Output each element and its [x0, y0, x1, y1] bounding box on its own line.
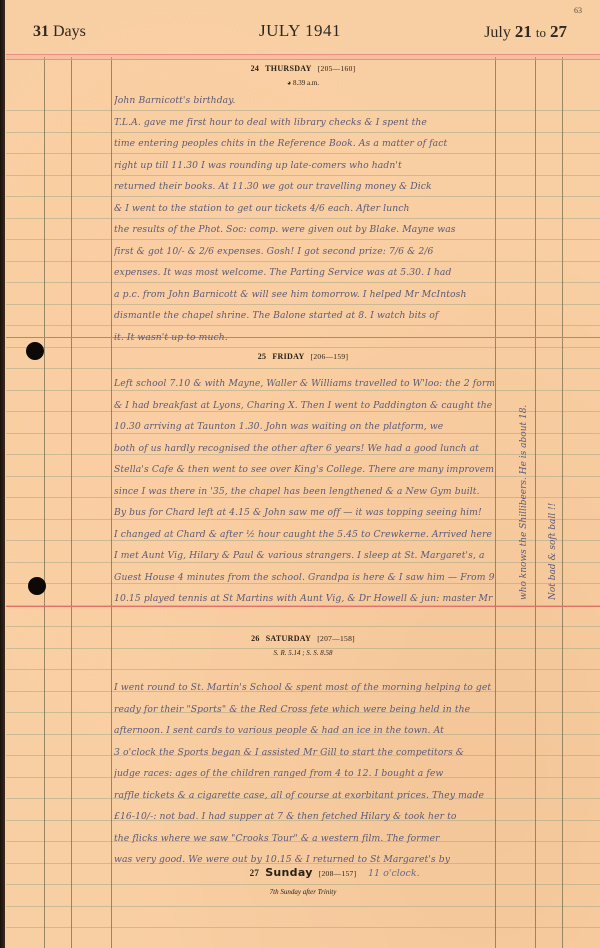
- entry-line: Stella's Cafe & then went to see over Ki…: [114, 459, 494, 481]
- entry-line: the results of the Phot. Soc: comp. were…: [114, 219, 494, 241]
- column-rule: [44, 57, 45, 948]
- entry-line: both of us hardly recognised the other a…: [114, 438, 494, 460]
- page-header: 63 31 Days JULY 1941 July 21 to 27: [0, 0, 600, 54]
- entry-line: I changed at Chard & after ½ hour caught…: [114, 524, 494, 546]
- column-rule: [562, 57, 563, 948]
- entry-line: it. It wasn't up to much.: [114, 327, 494, 349]
- entry-friday: Left school 7.10 & with Mayne, Waller & …: [114, 373, 494, 610]
- entry-line: £16-10/-: not bad. I had supper at 7 & t…: [114, 806, 494, 828]
- column-rule: [111, 57, 112, 948]
- diary-page: 63 31 Days JULY 1941 July 21 to 27 24THU…: [0, 0, 600, 948]
- week-range: July 21 to 27: [484, 22, 567, 42]
- entry-thursday: John Barnicott's birthday.T.L.A. gave me…: [114, 90, 494, 348]
- entry-line: since I was there in '35, the chapel has…: [114, 481, 494, 503]
- day-heading-sunday: 27Sunday[208—157] 7th Sunday after Trini…: [112, 866, 494, 896]
- entry-line: time entering peoples chits in the Refer…: [114, 133, 494, 155]
- header-red-double-rule: [6, 54, 600, 60]
- ruled-line: [6, 927, 600, 928]
- entry-line: 10.30 arriving at Taunton 1.30. John was…: [114, 416, 494, 438]
- entry-line: afternoon. I sent cards to various peopl…: [114, 720, 494, 742]
- entry-line: By bus for Chard left at 4.15 & John saw…: [114, 502, 494, 524]
- entry-line: expenses. It was most welcome. The Parti…: [114, 262, 494, 284]
- entry-line: Left school 7.10 & with Mayne, Waller & …: [114, 373, 494, 395]
- moon-phase: ◕ 8.39 a.m.: [112, 79, 494, 87]
- ruled-line: [6, 368, 600, 369]
- column-rule: [535, 57, 536, 948]
- entry-line: I went round to St. Martin's School & sp…: [114, 677, 494, 699]
- entry-line: judge races: ages of the children ranged…: [114, 763, 494, 785]
- ruled-line: [6, 669, 600, 670]
- day-heading-friday: 25FRIDAY[206—159]: [112, 352, 494, 361]
- entry-line: returned their books. At 11.30 we got ou…: [114, 176, 494, 198]
- day-heading-thursday: 24THURSDAY[205—160] ◕ 8.39 a.m.: [112, 64, 494, 87]
- entry-line: a p.c. from John Barnicott & will see hi…: [114, 284, 494, 306]
- entry-line: John Barnicott's birthday.: [114, 90, 494, 112]
- margin-note: Not bad & soft ball !!: [548, 503, 558, 600]
- punch-hole: [26, 342, 44, 360]
- entry-line: 10.15 played tennis at St Martins with A…: [114, 588, 494, 610]
- ruled-line: [6, 906, 600, 907]
- sunrise-sunset: S. R. 5.14 ; S. S. 8.58: [112, 649, 494, 657]
- entry-line: the flicks where we saw "Crooks Tour" & …: [114, 828, 494, 850]
- liturgical-note: 7th Sunday after Trinity: [112, 888, 494, 896]
- entry-line: right up till 11.30 I was rounding up la…: [114, 155, 494, 177]
- entry-line: I met Aunt Vig, Hilary & Paul & various …: [114, 545, 494, 567]
- margin-note: who knows the Shillibeers. He is about 1…: [519, 405, 529, 600]
- entry-line: raffle tickets & a cigarette case, all o…: [114, 785, 494, 807]
- ruled-line: [6, 626, 600, 627]
- entry-line: dismantle the chapel shrine. The Balone …: [114, 305, 494, 327]
- column-rule: [495, 57, 496, 948]
- entry-continuation: 11 o'clock.: [368, 868, 420, 879]
- entry-line: ready for their "Sports" & the Red Cross…: [114, 699, 494, 721]
- punch-hole: [28, 577, 46, 595]
- entry-line: 3 o'clock the Sports began & I assisted …: [114, 742, 494, 764]
- entry-line: first & got 10/- & 2/6 expenses. Gosh! I…: [114, 241, 494, 263]
- entry-saturday: I went round to St. Martin's School & sp…: [114, 677, 494, 871]
- entry-line: Guest House 4 minutes from the school. G…: [114, 567, 494, 589]
- entry-line: & I had breakfast at Lyons, Charing X. T…: [114, 395, 494, 417]
- day-heading-saturday: 26SATURDAY[207—158] S. R. 5.14 ; S. S. 8…: [112, 634, 494, 657]
- column-rule: [71, 57, 72, 948]
- entry-line: & I went to the station to get our ticke…: [114, 198, 494, 220]
- page-number: 63: [574, 6, 582, 15]
- entry-line: T.L.A. gave me first hour to deal with l…: [114, 112, 494, 134]
